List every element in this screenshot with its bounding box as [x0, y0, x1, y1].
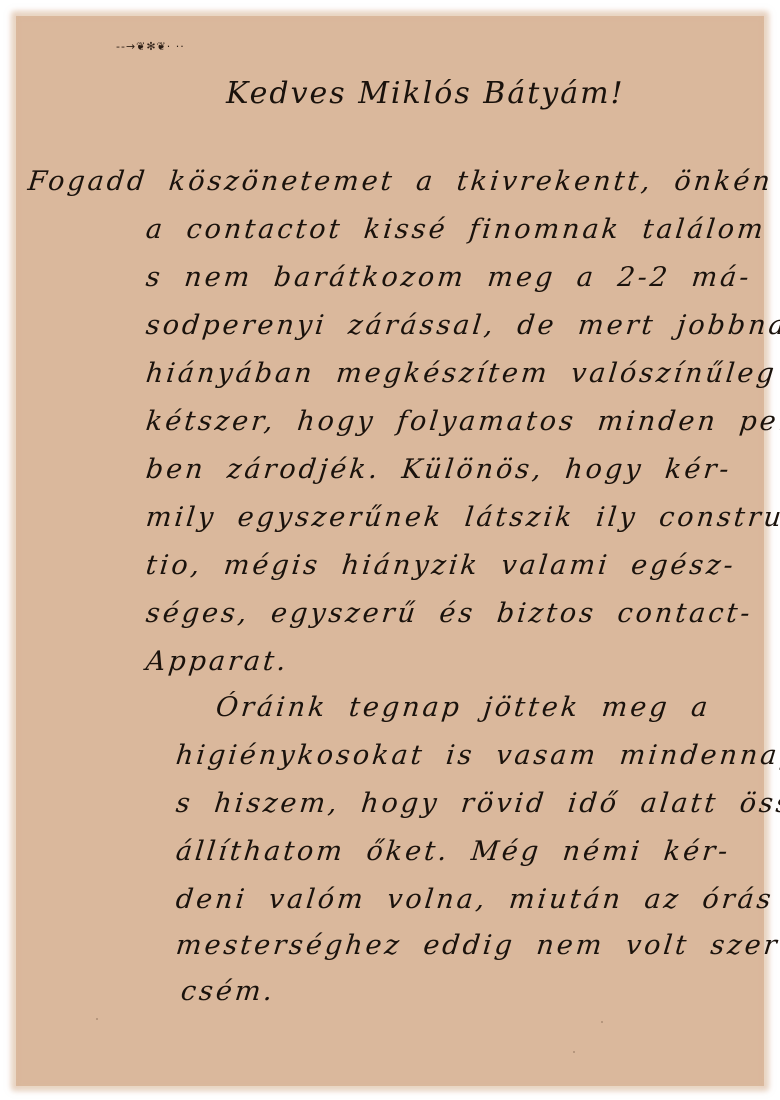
- letter-paper: --→❦✻❦· ·· Kedves Miklós Bátyám! Fogadd …: [16, 16, 764, 1086]
- decorative-ornament-icon: --→❦✻❦· ··: [116, 40, 185, 53]
- letter-line-3: s nem barátkozom meg a 2-2 má-: [144, 262, 753, 293]
- letter-line-15: állíthatom őket. Még némi kér-: [174, 836, 732, 867]
- letter-line-14: s hiszem, hogy rövid idő alatt össze: [174, 788, 780, 819]
- letter-line-8: mily egyszerűnek látszik ily constru-: [144, 502, 780, 533]
- letter-line-10: séges, egyszerű és biztos contact-: [144, 598, 754, 629]
- letter-line-2: a contactot kissé finomnak találom: [144, 214, 767, 245]
- salutation: Kedves Miklós Bátyám!: [226, 76, 625, 111]
- letter-line-5: hiányában megkészítem valószínűleg: [144, 358, 778, 389]
- letter-line-17: mesterséghez eddig nem volt szeren-: [174, 930, 780, 961]
- letter-line-16: deni valóm volna, miután az órás: [174, 884, 775, 915]
- paper-speck: [96, 1018, 98, 1020]
- letter-line-7: ben zárodjék. Különös, hogy kér-: [144, 454, 733, 485]
- letter-line-13: higiénykosokat is vasam mindennap: [174, 740, 780, 771]
- letter-line-4: sodperenyi zárással, de mert jobbnak: [144, 310, 780, 341]
- letter-line-6: kétszer, hogy folyamatos minden perc-: [144, 406, 780, 437]
- letter-line-1: Fogadd köszönetemet a tkivrekentt, önkén: [26, 166, 774, 197]
- paper-speck: [601, 1021, 603, 1023]
- letter-line-11: Apparat.: [144, 646, 290, 677]
- paper-speck: [573, 1051, 575, 1053]
- letter-line-9: tio, mégis hiányzik valami egész-: [144, 550, 737, 581]
- letter-line-12: Óráink tegnap jöttek meg a: [214, 692, 712, 723]
- letter-line-18: csém.: [179, 976, 276, 1007]
